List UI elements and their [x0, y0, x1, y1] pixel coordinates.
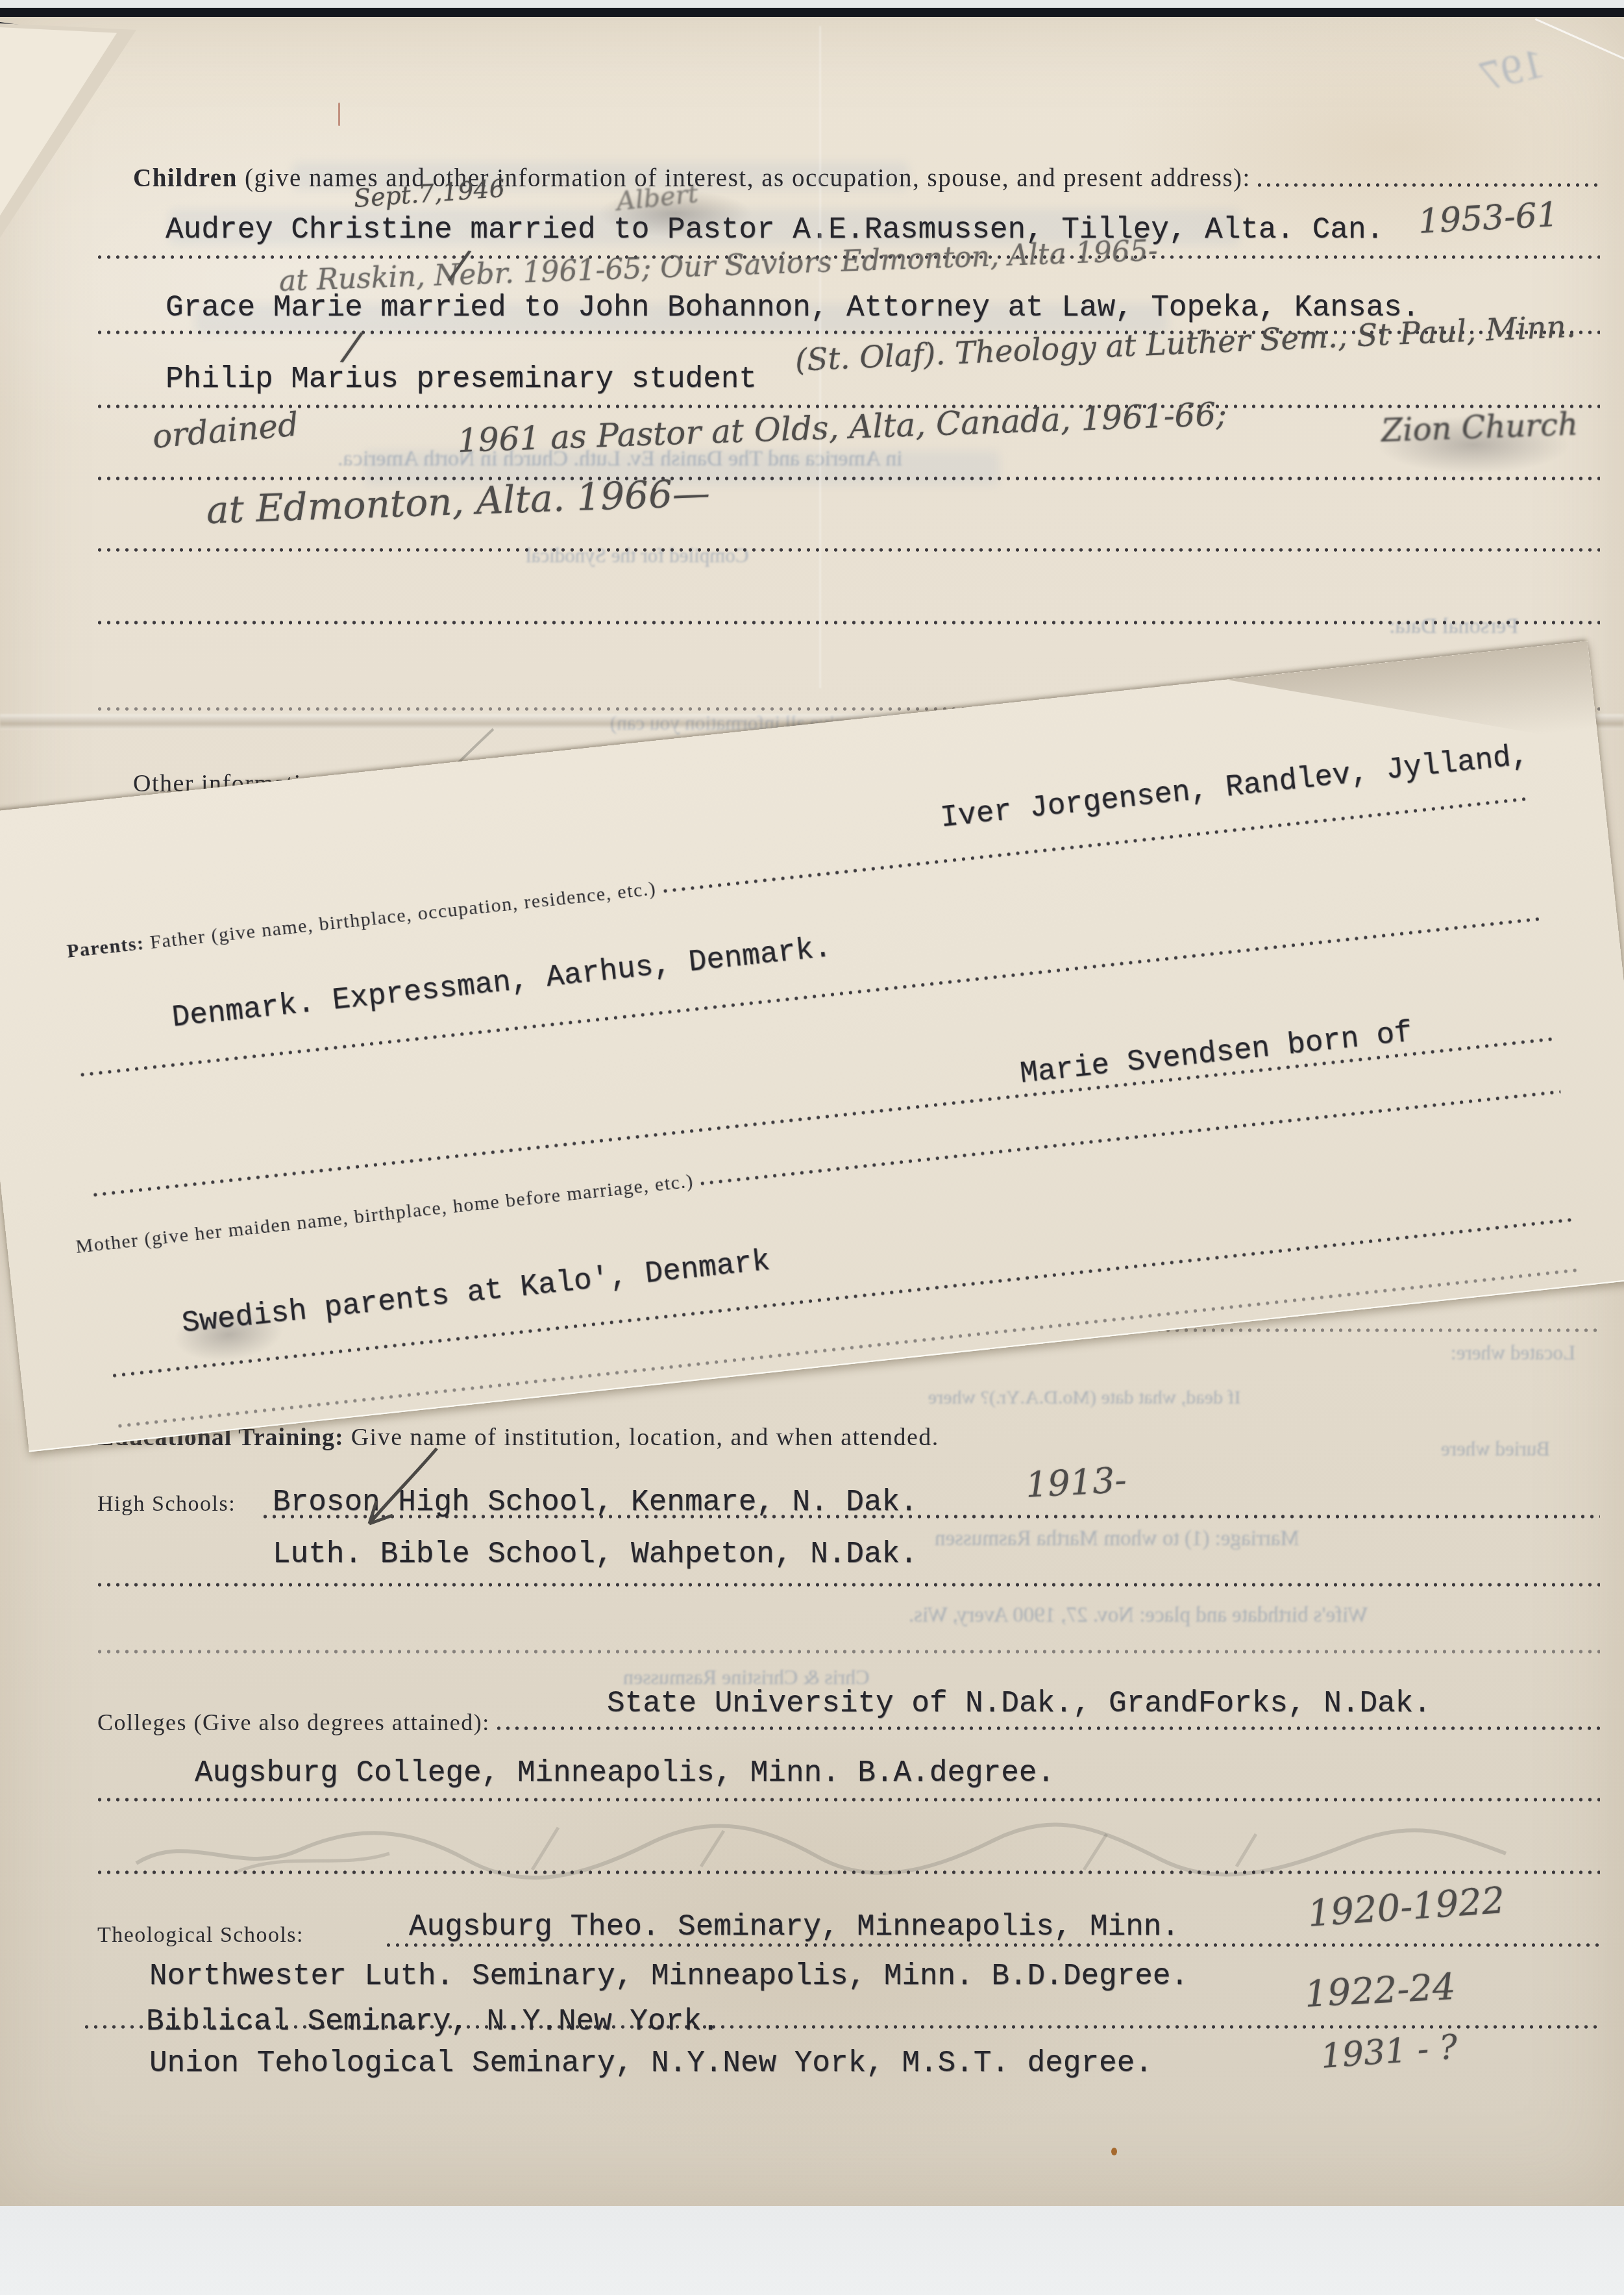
bleedthrough-text: Personal Data:: [1389, 614, 1518, 639]
dotted-rule: [84, 2024, 1600, 2029]
dotted-rule: [700, 1089, 1561, 1187]
dotted-rule: [97, 1870, 1600, 1875]
bleedthrough-text: Wife's birthdate and place: Nov. 27, 190…: [909, 1604, 1368, 1628]
handwritten-years: 1922-24: [1303, 1966, 1457, 2016]
typed-entry: Audrey Christine married to Pastor A.E.R…: [166, 213, 1384, 247]
mother-label-row: Mother (give her maiden name, birthplace…: [75, 1078, 1562, 1258]
typed-entry: Augsburg College, Minneapolis, Minn. B.A…: [195, 1756, 1055, 1790]
scanner-edge-bottom: [0, 2206, 1624, 2295]
typed-entry: Marie Svendsen born of: [1018, 1015, 1414, 1091]
dotted-rule: [97, 1649, 1600, 1654]
bleedthrough-text: Buried where: [1441, 1437, 1550, 1461]
handwritten-years: 1913-: [1024, 1459, 1127, 1506]
handwritten-years: 1953-61: [1417, 195, 1559, 242]
bleedthrough-text: Marriage: (1) to whom Martha Rasmussen: [935, 1527, 1299, 1551]
typed-entry: Luth. Bible School, Wahpeton, N.Dak.: [273, 1537, 918, 1571]
dotted-rule: [97, 620, 1600, 625]
dotted-rule: [497, 1726, 1600, 1731]
parents-mother-label: Mother (give her maiden name, birthplace…: [75, 1170, 695, 1258]
high-schools-label: High Schools:: [97, 1492, 236, 1517]
handwritten-note: Zion Church: [1381, 406, 1579, 449]
paper-crease-vertical: [819, 26, 821, 688]
bleedthrough-text: Chris & Christine Rasmussen: [623, 1665, 870, 1689]
scanner-edge-top: [0, 0, 1624, 8]
typed-entry: Philip Marius preseminary student: [166, 362, 757, 396]
dotted-rule: [97, 476, 1600, 481]
typed-entry: Union Tehological Seminary, N.Y.New York…: [149, 2046, 1153, 2080]
typed-entry: Denmark. Expressman, Aarhus, Denmark.: [170, 931, 833, 1035]
paper-fleck: [1111, 2148, 1117, 2155]
bleedthrough-text: Located where:: [1451, 1341, 1575, 1365]
dotted-rule: [97, 1582, 1600, 1587]
typed-entry: Swedish parents at Kalo', Denmark: [180, 1245, 772, 1341]
dotted-rule: [1257, 182, 1600, 188]
bleedthrough-text: If dead, what date (Mo.D.A.Yr.)? where: [928, 1387, 1240, 1409]
handwritten-arrow: [354, 1445, 451, 1542]
typed-entry: Northwester Luth. Seminary, Minneapolis,…: [149, 1959, 1188, 1993]
paper-fleck: [338, 103, 340, 126]
colleges-label-row: Colleges (Give also degrees attained):: [97, 1709, 1600, 1736]
colleges-label: Colleges (Give also degrees attained):: [97, 1709, 490, 1736]
faint-pencil-scrawl: [130, 1815, 1525, 1886]
dotted-rule: [263, 1514, 1600, 1519]
dotted-rule: [97, 547, 1600, 552]
typed-entry: Biblical Seminary, N.Y.New York.: [146, 2005, 719, 2039]
scanned-form-page: in America and The Danish Ev. Luth. Chur…: [0, 0, 1624, 2295]
typed-entry: Grace Marie married to John Bohannon, At…: [166, 291, 1420, 325]
dotted-rule: [386, 1942, 1600, 1948]
scanner-edge-top-dark: [0, 8, 1624, 17]
theological-schools-label: Theological Schools:: [97, 1923, 304, 1948]
typed-entry: Augsburg Theo. Seminary, Minneapolis, Mi…: [409, 1910, 1179, 1944]
dotted-rule: [97, 1797, 1600, 1802]
parents-father-label: Parents: Father (give name, birthplace, …: [66, 878, 658, 963]
